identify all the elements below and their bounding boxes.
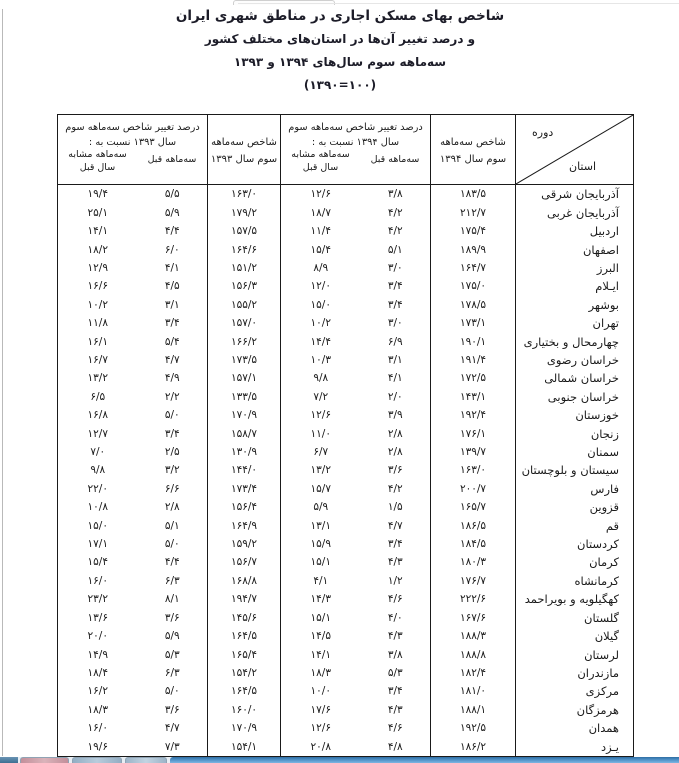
change-prev-quarter-1393: ۶/۶ [138,480,208,498]
change-prev-quarter-1394: ۴/۳ [361,553,431,571]
index-1394-value: ۱۷۲/۵ [431,369,516,387]
header-index-1393-line1: شاخص سه‌ماهه [208,137,280,148]
taskbar-blue-bar[interactable] [170,757,679,763]
change-prev-quarter-1393: ۵/۹ [138,204,208,222]
header-change-1394: درصد تغییر شاخص سه‌ماهه سوم سال ۱۳۹۴ نسب… [281,115,431,185]
province-name: خوزستان [516,406,634,424]
change-same-quarter-1394: ۱۱/۴ [281,222,361,240]
change-prev-quarter-1394: ۴/۶ [361,719,431,737]
header-change-1393-line2: سال ۱۳۹۳ نسبت به : [58,137,207,148]
province-name: همدان [516,719,634,737]
index-1394-value: ۱۸۶/۲ [431,737,516,756]
change-same-quarter-1394: ۱۱/۰ [281,424,361,442]
subheader-same-quarter-1394-line2: سال قبل [281,162,360,175]
change-same-quarter-1393: ۱۰/۲ [58,296,138,314]
change-same-quarter-1393: ۲۳/۲ [58,590,138,608]
change-same-quarter-1394: ۵/۹ [281,498,361,516]
change-same-quarter-1393: ۱۶/۲ [58,682,138,700]
change-prev-quarter-1393: ۳/۶ [138,701,208,719]
change-prev-quarter-1393: ۴/۴ [138,553,208,571]
province-name: البرز [516,259,634,277]
table-row: خراسان جنوبی۱۴۳/۱۲/۰۷/۲۱۳۳/۵۲/۲۶/۵ [58,388,634,406]
index-1394-value: ۱۶۴/۷ [431,259,516,277]
report-base-year: (۱۳۹۰=۱۰۰) [10,78,670,92]
table-row: مازندران۱۸۲/۴۵/۳۱۸/۳۱۵۴/۲۶/۳۱۸/۴ [58,664,634,682]
change-prev-quarter-1393: ۲/۸ [138,498,208,516]
index-1394-value: ۱۸۲/۴ [431,664,516,682]
index-1394-value: ۱۸۰/۳ [431,553,516,571]
change-prev-quarter-1394: ۳/۴ [361,682,431,700]
change-same-quarter-1394: ۱۵/۱ [281,553,361,571]
province-name: هرمزگان [516,701,634,719]
change-prev-quarter-1394: ۴/۳ [361,627,431,645]
change-prev-quarter-1393: ۶/۳ [138,572,208,590]
table-row: چهارمحال و بختیاری۱۹۰/۱۶/۹۱۴/۴۱۶۶/۲۵/۴۱۶… [58,332,634,350]
index-1394-value: ۱۷۶/۷ [431,572,516,590]
header-index-1394-line2: سوم سال ۱۳۹۴ [431,154,515,165]
header-index-1394: شاخص سه‌ماهه سوم سال ۱۳۹۴ [431,115,516,185]
change-same-quarter-1393: ۱۶/۷ [58,351,138,369]
table-row: سیستان و بلوچستان۱۶۳/۰۳/۶۱۳/۲۱۴۴/۰۳/۲۹/۸ [58,461,634,479]
change-same-quarter-1393: ۱۶/۱ [58,332,138,350]
change-same-quarter-1394: ۱۳/۲ [281,461,361,479]
province-name: مازندران [516,664,634,682]
change-prev-quarter-1393: ۵/۰ [138,535,208,553]
table-row: گیلان۱۸۸/۳۴/۳۱۴/۵۱۶۴/۵۵/۹۲۰/۰ [58,627,634,645]
province-name: آذربایجان شرقی [516,185,634,204]
header-change-1394-line2: سال ۱۳۹۴ نسبت به : [281,137,430,148]
change-same-quarter-1394: ۱۴/۴ [281,332,361,350]
province-name: اصفهان [516,240,634,258]
change-same-quarter-1393: ۷/۰ [58,443,138,461]
change-prev-quarter-1394: ۳/۸ [361,645,431,663]
index-1393-value: ۱۳۰/۹ [208,443,281,461]
index-1393-value: ۱۷۳/۵ [208,351,281,369]
change-same-quarter-1394: ۱۷/۶ [281,701,361,719]
index-1393-value: ۱۷۰/۹ [208,406,281,424]
change-prev-quarter-1394: ۳/۴ [361,535,431,553]
province-name: فارس [516,480,634,498]
change-same-quarter-1393: ۱۶/۰ [58,719,138,737]
subheader-same-quarter-1393-line1: سه‌ماهه مشابه [58,149,137,162]
change-same-quarter-1394: ۱۰/۰ [281,682,361,700]
index-1394-value: ۱۶۵/۷ [431,498,516,516]
change-prev-quarter-1393: ۶/۰ [138,240,208,258]
index-1394-value: ۱۸۳/۵ [431,185,516,204]
index-1394-value: ۱۴۳/۱ [431,388,516,406]
table-row: کردستان۱۸۴/۵۳/۴۱۵/۹۱۵۹/۲۵/۰۱۷/۱ [58,535,634,553]
index-1393-value: ۱۶۶/۲ [208,332,281,350]
table-row: البرز۱۶۴/۷۳/۰۸/۹۱۵۱/۲۴/۱۱۲/۹ [58,259,634,277]
table-row: قزوین۱۶۵/۷۱/۵۵/۹۱۵۶/۴۲/۸۱۰/۸ [58,498,634,516]
index-1394-value: ۱۹۲/۴ [431,406,516,424]
index-1394-value: ۱۶۷/۶ [431,609,516,627]
province-name: لرستان [516,645,634,663]
index-1393-value: ۱۵۶/۳ [208,277,281,295]
change-prev-quarter-1394: ۵/۳ [361,664,431,682]
index-1393-value: ۱۹۴/۷ [208,590,281,608]
change-prev-quarter-1393: ۵/۳ [138,645,208,663]
change-prev-quarter-1394: ۳/۱ [361,351,431,369]
change-same-quarter-1393: ۱۵/۰ [58,516,138,534]
index-1393-value: ۱۶۸/۸ [208,572,281,590]
change-prev-quarter-1393: ۲/۵ [138,443,208,461]
province-name: سیستان و بلوچستان [516,461,634,479]
table-row: یـزد۱۸۶/۲۴/۸۲۰/۸۱۵۴/۱۷/۳۱۹/۶ [58,737,634,756]
province-name: گیلان [516,627,634,645]
index-1393-value: ۱۴۵/۶ [208,609,281,627]
table-row: هرمزگان۱۸۸/۱۴/۳۱۷/۶۱۶۰/۰۳/۶۱۸/۳ [58,701,634,719]
index-1393-value: ۱۵۷/۰ [208,314,281,332]
index-1393-value: ۱۵۸/۷ [208,424,281,442]
table-row: بوشهر۱۷۸/۵۳/۴۱۵/۰۱۵۵/۲۳/۱۱۰/۲ [58,296,634,314]
change-prev-quarter-1394: ۴/۶ [361,590,431,608]
index-1393-value: ۱۳۳/۵ [208,388,281,406]
change-same-quarter-1393: ۱۴/۱ [58,222,138,240]
index-1394-value: ۱۷۵/۰ [431,277,516,295]
index-1394-value: ۱۸۴/۵ [431,535,516,553]
table-row: کرمانشاه۱۷۶/۷۱/۲۴/۱۱۶۸/۸۶/۳۱۶/۰ [58,572,634,590]
province-name: تهران [516,314,634,332]
index-1394-value: ۲۰۰/۷ [431,480,516,498]
change-prev-quarter-1393: ۴/۷ [138,351,208,369]
change-prev-quarter-1394: ۱/۵ [361,498,431,516]
change-same-quarter-1393: ۱۹/۴ [58,185,138,204]
index-1393-value: ۱۷۰/۹ [208,719,281,737]
index-1393-value: ۱۷۳/۴ [208,480,281,498]
index-1393-value: ۱۵۴/۲ [208,664,281,682]
change-same-quarter-1393: ۱۸/۳ [58,701,138,719]
taskbar [0,757,679,763]
change-same-quarter-1393: ۱۱/۸ [58,314,138,332]
change-prev-quarter-1394: ۴/۰ [361,609,431,627]
change-prev-quarter-1394: ۴/۲ [361,204,431,222]
change-same-quarter-1394: ۱۴/۵ [281,627,361,645]
change-prev-quarter-1393: ۵/۴ [138,332,208,350]
index-1394-value: ۲۲۲/۶ [431,590,516,608]
document-page: شاخص بهای مسکن اجاری در مناطق شهری ایران… [0,0,679,763]
change-prev-quarter-1393: ۳/۴ [138,424,208,442]
taskbar-button-3[interactable] [125,757,167,763]
index-1394-value: ۱۶۳/۰ [431,461,516,479]
change-same-quarter-1394: ۱۰/۳ [281,351,361,369]
province-name: خراسان رضوی [516,351,634,369]
taskbar-left-edge [0,757,18,763]
table-row: کهگیلویه و بویراحمد۲۲۲/۶۴/۶۱۴/۳۱۹۴/۷۸/۱۲… [58,590,634,608]
change-same-quarter-1394: ۱۲/۶ [281,185,361,204]
change-prev-quarter-1394: ۴/۳ [361,701,431,719]
table-body: آذربایجان شرقی۱۸۳/۵۳/۸۱۲/۶۱۶۳/۰۵/۵۱۹/۴آذ… [58,185,634,757]
change-same-quarter-1394: ۲۰/۸ [281,737,361,756]
table-row: قم۱۸۶/۵۴/۷۱۳/۱۱۶۴/۹۵/۱۱۵/۰ [58,516,634,534]
change-same-quarter-1393: ۱۷/۱ [58,535,138,553]
change-prev-quarter-1393: ۸/۱ [138,590,208,608]
province-name: زنجان [516,424,634,442]
change-same-quarter-1394: ۱۲/۶ [281,406,361,424]
change-same-quarter-1394: ۱۳/۱ [281,516,361,534]
change-prev-quarter-1394: ۴/۷ [361,516,431,534]
header-index-1394-line1: شاخص سه‌ماهه [431,137,515,148]
change-same-quarter-1393: ۱۰/۸ [58,498,138,516]
index-1394-value: ۱۸۱/۰ [431,682,516,700]
change-prev-quarter-1394: ۳/۸ [361,185,431,204]
province-name: چهارمحال و بختیاری [516,332,634,350]
table-row: تهران۱۷۳/۱۳/۰۱۰/۲۱۵۷/۰۳/۴۱۱/۸ [58,314,634,332]
table-row: خوزستان۱۹۲/۴۳/۹۱۲/۶۱۷۰/۹۵/۰۱۶/۸ [58,406,634,424]
header-change-1393-line1: درصد تغییر شاخص سه‌ماهه سوم [58,122,207,133]
index-1394-value: ۱۳۹/۷ [431,443,516,461]
index-1393-value: ۱۵۷/۵ [208,222,281,240]
subheader-same-quarter-1393: سه‌ماهه مشابه سال قبل [58,149,137,174]
page-left-border [2,9,3,756]
change-same-quarter-1393: ۲۵/۱ [58,204,138,222]
change-same-quarter-1394: ۱۵/۴ [281,240,361,258]
table-row: اردبیل۱۷۵/۴۴/۲۱۱/۴۱۵۷/۵۴/۴۱۴/۱ [58,222,634,240]
province-name: کهگیلویه و بویراحمد [516,590,634,608]
change-prev-quarter-1394: ۴/۸ [361,737,431,756]
corner-label-period: دوره [532,126,553,139]
index-1393-value: ۱۵۶/۴ [208,498,281,516]
change-prev-quarter-1393: ۶/۳ [138,664,208,682]
change-prev-quarter-1393: ۵/۵ [138,185,208,204]
taskbar-button-2[interactable] [72,757,122,763]
index-1394-value: ۱۷۶/۱ [431,424,516,442]
province-name: اردبیل [516,222,634,240]
province-name: خراسان جنوبی [516,388,634,406]
change-same-quarter-1393: ۶/۵ [58,388,138,406]
report-title: شاخص بهای مسکن اجاری در مناطق شهری ایران [10,8,670,24]
change-prev-quarter-1393: ۴/۷ [138,719,208,737]
table-row: مرکزی۱۸۱/۰۳/۴۱۰/۰۱۶۴/۵۵/۰۱۶/۲ [58,682,634,700]
table-row: خراسان رضوی۱۹۱/۴۳/۱۱۰/۳۱۷۳/۵۴/۷۱۶/۷ [58,351,634,369]
change-prev-quarter-1394: ۳/۰ [361,259,431,277]
table-row: فارس۲۰۰/۷۴/۲۱۵/۷۱۷۳/۴۶/۶۲۲/۰ [58,480,634,498]
index-1393-value: ۱۶۴/۵ [208,627,281,645]
province-name: کرمان [516,553,634,571]
change-prev-quarter-1394: ۲/۸ [361,424,431,442]
change-same-quarter-1393: ۱۲/۷ [58,424,138,442]
index-1393-value: ۱۶۵/۴ [208,645,281,663]
index-1393-value: ۱۵۱/۲ [208,259,281,277]
rent-index-table: دوره استان شاخص سه‌ماهه سوم سال ۱۳۹۴ درص… [57,114,634,757]
change-prev-quarter-1394: ۳/۶ [361,461,431,479]
change-same-quarter-1394: ۱۵/۷ [281,480,361,498]
change-same-quarter-1393: ۱۳/۲ [58,369,138,387]
change-prev-quarter-1393: ۵/۹ [138,627,208,645]
change-prev-quarter-1393: ۲/۲ [138,388,208,406]
page-top-border [238,3,679,4]
corner-label-province: استان [569,160,596,173]
table-row: آذربایجان غربی۲۱۲/۷۴/۲۱۸/۷۱۷۹/۲۵/۹۲۵/۱ [58,204,634,222]
change-prev-quarter-1393: ۵/۱ [138,516,208,534]
table-row: ایـلام۱۷۵/۰۳/۴۱۲/۰۱۵۶/۳۴/۵۱۶/۶ [58,277,634,295]
header-index-1393-line2: سوم سال ۱۳۹۳ [208,154,280,165]
change-same-quarter-1394: ۶/۷ [281,443,361,461]
change-same-quarter-1393: ۹/۸ [58,461,138,479]
change-prev-quarter-1393: ۵/۰ [138,406,208,424]
subheader-prev-quarter-1394: سه‌ماهه قبل [360,154,430,165]
subheader-same-quarter-1394-line1: سه‌ماهه مشابه [281,149,360,162]
table-row: خراسان شمالی۱۷۲/۵۴/۱۹/۸۱۵۷/۱۴/۹۱۳/۲ [58,369,634,387]
report-subtitle: و درصد تغییر آن‌ها در استان‌های مختلف کش… [10,32,670,46]
change-prev-quarter-1393: ۳/۱ [138,296,208,314]
change-same-quarter-1394: ۹/۸ [281,369,361,387]
index-1394-value: ۱۷۳/۱ [431,314,516,332]
change-same-quarter-1394: ۱۸/۳ [281,664,361,682]
change-prev-quarter-1394: ۳/۴ [361,277,431,295]
change-prev-quarter-1394: ۶/۹ [361,332,431,350]
change-same-quarter-1393: ۱۸/۲ [58,240,138,258]
change-same-quarter-1394: ۱۰/۲ [281,314,361,332]
change-same-quarter-1393: ۱۶/۶ [58,277,138,295]
province-name: کرمانشاه [516,572,634,590]
province-name: سمنان [516,443,634,461]
change-prev-quarter-1394: ۵/۱ [361,240,431,258]
table-header-row: دوره استان شاخص سه‌ماهه سوم سال ۱۳۹۴ درص… [58,115,634,185]
change-prev-quarter-1394: ۴/۱ [361,369,431,387]
report-period: سه‌ماهه سوم سال‌های ۱۳۹۴ و ۱۳۹۳ [10,55,670,69]
change-prev-quarter-1393: ۵/۰ [138,682,208,700]
change-prev-quarter-1393: ۷/۳ [138,737,208,756]
table-row: آذربایجان شرقی۱۸۳/۵۳/۸۱۲/۶۱۶۳/۰۵/۵۱۹/۴ [58,185,634,204]
table-row: لرستان۱۸۸/۸۳/۸۱۴/۱۱۶۵/۴۵/۳۱۴/۹ [58,645,634,663]
index-1393-value: ۱۵۵/۲ [208,296,281,314]
province-name: خراسان شمالی [516,369,634,387]
change-same-quarter-1394: ۸/۹ [281,259,361,277]
change-prev-quarter-1393: ۳/۴ [138,314,208,332]
change-prev-quarter-1394: ۳/۹ [361,406,431,424]
change-same-quarter-1393: ۱۶/۰ [58,572,138,590]
change-prev-quarter-1394: ۱/۲ [361,572,431,590]
index-1394-value: ۱۸۹/۹ [431,240,516,258]
change-prev-quarter-1394: ۲/۸ [361,443,431,461]
index-1394-value: ۱۹۰/۱ [431,332,516,350]
change-same-quarter-1394: ۷/۲ [281,388,361,406]
index-1393-value: ۱۵۷/۱ [208,369,281,387]
subheader-same-quarter-1393-line2: سال قبل [58,162,137,175]
index-1394-value: ۱۸۸/۳ [431,627,516,645]
change-same-quarter-1393: ۲۲/۰ [58,480,138,498]
province-name: قم [516,516,634,534]
change-same-quarter-1393: ۱۵/۴ [58,553,138,571]
province-name: کردستان [516,535,634,553]
subheader-same-quarter-1394: سه‌ماهه مشابه سال قبل [281,149,360,174]
change-prev-quarter-1394: ۳/۰ [361,314,431,332]
subheader-prev-quarter-1393: سه‌ماهه قبل [137,154,207,165]
change-same-quarter-1394: ۱۴/۳ [281,590,361,608]
change-same-quarter-1394: ۱۴/۱ [281,645,361,663]
index-1394-value: ۱۷۵/۴ [431,222,516,240]
table-row: اصفهان۱۸۹/۹۵/۱۱۵/۴۱۶۴/۶۶/۰۱۸/۲ [58,240,634,258]
table-row: زنجان۱۷۶/۱۲/۸۱۱/۰۱۵۸/۷۳/۴۱۲/۷ [58,424,634,442]
index-1394-value: ۱۸۶/۵ [431,516,516,534]
change-same-quarter-1393: ۱۹/۶ [58,737,138,756]
province-name: قزوین [516,498,634,516]
index-1393-value: ۱۶۳/۰ [208,185,281,204]
table-row: کرمان۱۸۰/۳۴/۳۱۵/۱۱۵۶/۷۴/۴۱۵/۴ [58,553,634,571]
index-1394-value: ۱۷۸/۵ [431,296,516,314]
change-same-quarter-1393: ۱۳/۶ [58,609,138,627]
province-name: آذربایجان غربی [516,204,634,222]
province-name: یـزد [516,737,634,756]
change-same-quarter-1394: ۱۵/۹ [281,535,361,553]
change-prev-quarter-1393: ۳/۶ [138,609,208,627]
index-1393-value: ۱۵۶/۷ [208,553,281,571]
index-1393-value: ۱۴۴/۰ [208,461,281,479]
table-row: گلستان۱۶۷/۶۴/۰۱۵/۱۱۴۵/۶۳/۶۱۳/۶ [58,609,634,627]
change-prev-quarter-1393: ۴/۹ [138,369,208,387]
change-same-quarter-1393: ۱۴/۹ [58,645,138,663]
table-row: همدان۱۹۲/۵۴/۶۱۲/۶۱۷۰/۹۴/۷۱۶/۰ [58,719,634,737]
change-prev-quarter-1394: ۲/۰ [361,388,431,406]
index-1393-value: ۱۶۰/۰ [208,701,281,719]
change-same-quarter-1394: ۱۲/۰ [281,277,361,295]
index-1393-value: ۱۵۴/۱ [208,737,281,756]
change-prev-quarter-1394: ۴/۲ [361,480,431,498]
change-prev-quarter-1393: ۴/۵ [138,277,208,295]
index-1393-value: ۱۶۴/۶ [208,240,281,258]
province-name: بوشهر [516,296,634,314]
change-prev-quarter-1393: ۴/۴ [138,222,208,240]
change-prev-quarter-1394: ۳/۴ [361,296,431,314]
header-change-1394-line1: درصد تغییر شاخص سه‌ماهه سوم [281,122,430,133]
index-1393-value: ۱۶۴/۵ [208,682,281,700]
index-1394-value: ۱۹۲/۵ [431,719,516,737]
change-same-quarter-1394: ۱۲/۶ [281,719,361,737]
index-1394-value: ۲۱۲/۷ [431,204,516,222]
index-1394-value: ۱۸۸/۸ [431,645,516,663]
index-1393-value: ۱۵۹/۲ [208,535,281,553]
index-1393-value: ۱۷۹/۲ [208,204,281,222]
header-change-1393: درصد تغییر شاخص سه‌ماهه سوم سال ۱۳۹۳ نسب… [58,115,208,185]
change-prev-quarter-1393: ۳/۲ [138,461,208,479]
change-same-quarter-1394: ۱۵/۰ [281,296,361,314]
province-name: مرکزی [516,682,634,700]
province-name: گلستان [516,609,634,627]
corner-header-cell: دوره استان [516,115,634,185]
change-same-quarter-1393: ۱۸/۴ [58,664,138,682]
change-same-quarter-1393: ۱۲/۹ [58,259,138,277]
table-row: سمنان۱۳۹/۷۲/۸۶/۷۱۳۰/۹۲/۵۷/۰ [58,443,634,461]
change-same-quarter-1394: ۴/۱ [281,572,361,590]
change-prev-quarter-1393: ۴/۱ [138,259,208,277]
index-1394-value: ۱۹۱/۴ [431,351,516,369]
header-index-1393: شاخص سه‌ماهه سوم سال ۱۳۹۳ [208,115,281,185]
change-prev-quarter-1394: ۴/۲ [361,222,431,240]
taskbar-button-1[interactable] [20,757,69,763]
change-same-quarter-1394: ۱۸/۷ [281,204,361,222]
change-same-quarter-1394: ۱۵/۱ [281,609,361,627]
change-same-quarter-1393: ۱۶/۸ [58,406,138,424]
index-1393-value: ۱۶۴/۹ [208,516,281,534]
change-same-quarter-1393: ۲۰/۰ [58,627,138,645]
index-1394-value: ۱۸۸/۱ [431,701,516,719]
province-name: ایـلام [516,277,634,295]
